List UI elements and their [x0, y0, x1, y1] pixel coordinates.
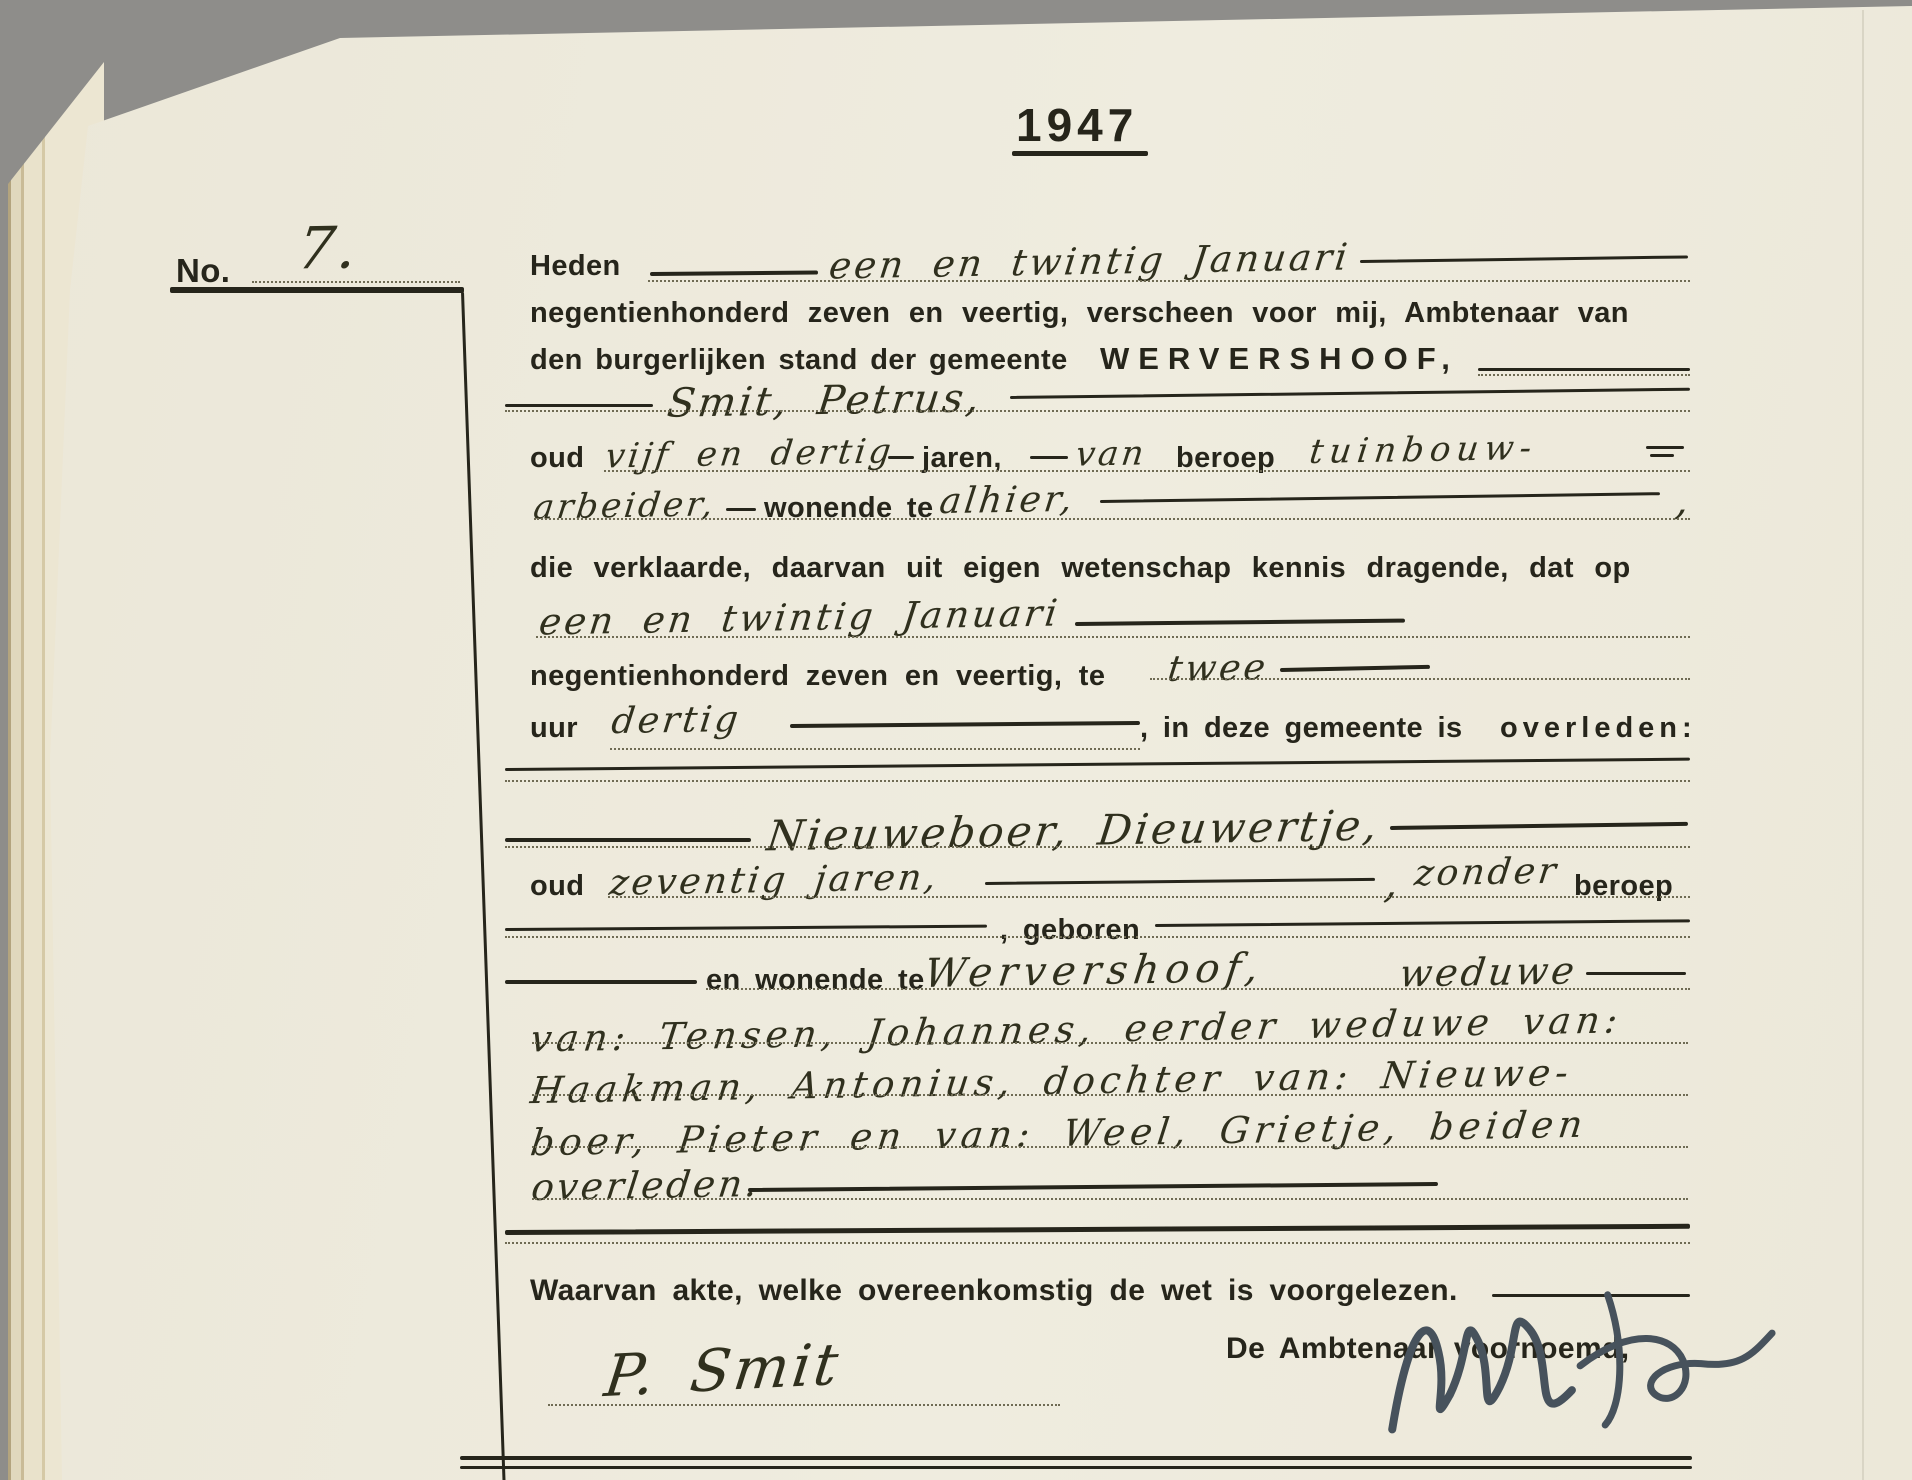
- dotted-line: [604, 470, 1690, 472]
- act-number-label: No.: [176, 252, 230, 290]
- paper-fold-crease: [1862, 10, 1864, 1480]
- printed-year-verscheen: negentienhonderd zeven en veertig, versc…: [530, 297, 1629, 330]
- hand-stroke: [1586, 972, 1686, 975]
- year-underline: [1012, 151, 1148, 156]
- printed-municipality: WERVERSHOOF,: [1100, 341, 1459, 377]
- printed-death-year-te: negentienhonderd zeven en veertig, te: [530, 660, 1105, 693]
- printed-declaration: die verklaarde, daarvan uit eigen wetens…: [530, 552, 1631, 585]
- printed-en-wonende-te: en wonende te: [706, 964, 925, 997]
- dotted-line: [1478, 374, 1690, 376]
- official-signature: [1362, 1261, 1788, 1466]
- dotted-line: [608, 896, 1690, 898]
- dotted-line: [505, 410, 1690, 412]
- act-number-dotted-line: [252, 281, 460, 283]
- dotted-line: [532, 1094, 1688, 1096]
- dotted-line: [706, 988, 1690, 990]
- printed-in-deze-gemeente: , in deze gemeente is: [1140, 712, 1463, 745]
- hand-residence: alhier,: [937, 479, 1077, 522]
- bottom-double-rule-top: [460, 1456, 1692, 1460]
- hand-stroke: [1030, 456, 1068, 459]
- dotted-line: [532, 1198, 1688, 1200]
- year-heading: 1947: [1016, 98, 1138, 152]
- dotted-line: [505, 1242, 1690, 1244]
- printed-geboren: , geboren: [1000, 914, 1140, 947]
- act-number-value: 7.: [294, 213, 364, 282]
- dotted-line: [505, 936, 1690, 938]
- dotted-line: [536, 636, 1690, 638]
- printed-burgerlijke-stand: den burgerlijken stand der gemeente: [530, 344, 1068, 377]
- dotted-line: [648, 280, 1690, 282]
- dotted-line: [534, 518, 1690, 520]
- hand-stroke: [888, 456, 914, 459]
- dotted-line: [1150, 678, 1690, 680]
- hand-van: van: [1073, 433, 1148, 474]
- printed-uur: uur: [530, 712, 578, 745]
- hand-death-hour: twee: [1165, 647, 1270, 690]
- printed-wonende-te: wonende te: [764, 492, 934, 525]
- printed-heden: Heden: [530, 250, 621, 283]
- printed-closing-statement: Waarvan akte, welke overeenkomstig de we…: [530, 1274, 1458, 1308]
- ruled-line: [1478, 368, 1690, 371]
- hand-occupation-part1: tuinbouw-: [1307, 428, 1540, 472]
- dotted-line: [610, 748, 1140, 750]
- hand-death-minutes: dertig: [609, 699, 743, 742]
- signature-dotted-line: [548, 1404, 1060, 1406]
- declarant-signature: P. Smit: [601, 1330, 845, 1410]
- hand-stroke: [726, 508, 756, 511]
- hand-stroke: [505, 980, 697, 984]
- hand-stroke: [1650, 454, 1674, 457]
- hand-occupation-part2: arbeider,: [531, 484, 718, 527]
- dotted-line: [532, 1146, 1688, 1148]
- hand-declarant-name: Smit, Petrus,: [665, 375, 985, 426]
- hand-stroke: [505, 838, 751, 842]
- hand-stroke: [505, 404, 653, 407]
- printed-beroep-2: beroep: [1574, 870, 1673, 903]
- hand-stroke: [1646, 446, 1684, 449]
- act-number-heavy-rule: [170, 287, 464, 293]
- dotted-line: [505, 780, 1690, 782]
- scanned-death-certificate: 1947 No. 7. Heden een en twintig Januari…: [0, 0, 1912, 1480]
- dotted-line: [532, 1042, 1688, 1044]
- dotted-line: [505, 846, 1690, 848]
- bottom-double-rule-bottom: [460, 1466, 1692, 1469]
- hand-zonder: zonder: [1412, 851, 1561, 894]
- printed-oud-2: oud: [530, 870, 584, 903]
- printed-oud: oud: [530, 442, 584, 475]
- printed-overleden: overleden:: [1500, 712, 1697, 745]
- hand-family-line-4: overleden.: [529, 1162, 762, 1209]
